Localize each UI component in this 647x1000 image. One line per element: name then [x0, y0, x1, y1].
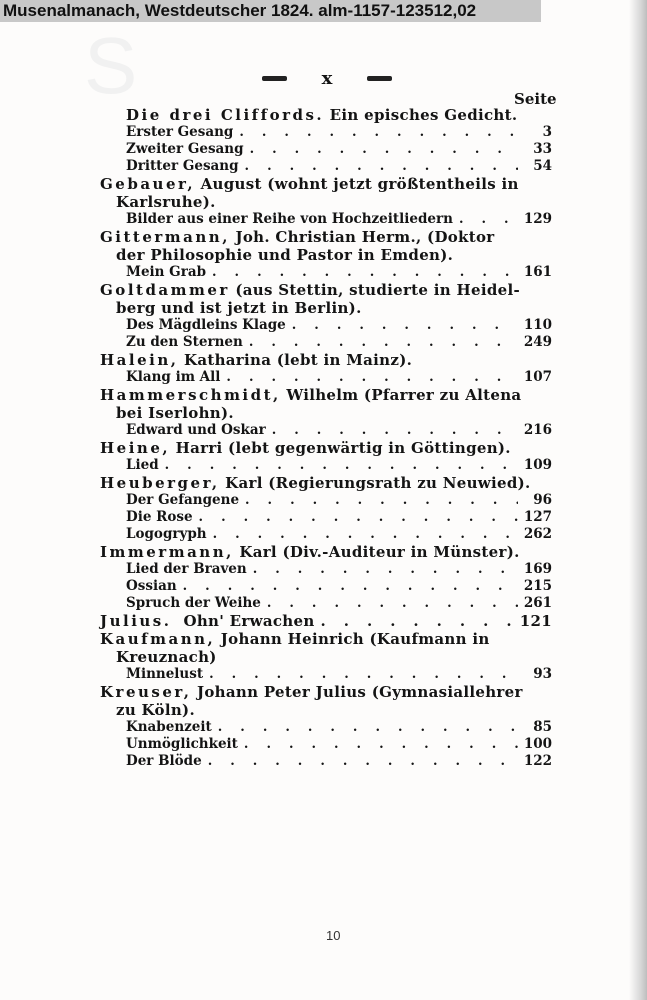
- entry-page: 93: [524, 666, 552, 682]
- dot-leader: ..........................: [183, 579, 518, 595]
- table-of-contents: Die drei Cliffords. Ein episches Gedicht…: [100, 106, 552, 770]
- dot-leader: ..........................: [226, 370, 517, 386]
- author-name: Die drei Cliffords.: [126, 106, 324, 124]
- page-number: 10: [326, 928, 340, 943]
- toc-entry[interactable]: Lied..........................109: [100, 457, 552, 474]
- dot-leader: ..........................: [213, 527, 518, 543]
- author-name: Gebauer,: [100, 175, 195, 193]
- toc-entry[interactable]: Zweiter Gesang..........................…: [100, 141, 552, 158]
- entry-title: Ossian: [126, 578, 177, 594]
- author-line: Immermann, Karl (Div.-Auditeur in Münste…: [100, 543, 552, 561]
- entry-page: 33: [524, 141, 552, 157]
- document-title-bar: Musenalmanach, Westdeutscher 1824. alm-1…: [0, 0, 541, 22]
- author-block: Julius. Ohn' Erwachen...................…: [100, 612, 552, 630]
- author-note: Joh. Christian Herm., (Doktor: [235, 228, 494, 246]
- entry-page: 215: [524, 578, 552, 594]
- entry-page: 85: [524, 719, 552, 735]
- author-note-continued: Kreuznach): [100, 648, 552, 666]
- author-block: Die drei Cliffords. Ein episches Gedicht…: [100, 106, 552, 175]
- dot-leader: ..........................: [208, 754, 518, 770]
- dot-leader: ..........................: [292, 318, 518, 334]
- toc-entry[interactable]: Lied der Braven.........................…: [100, 561, 552, 578]
- toc-entry[interactable]: Klang im All..........................10…: [100, 369, 552, 386]
- author-name: Kreuser,: [100, 683, 191, 701]
- bleed-through-letter: S: [84, 26, 137, 106]
- author-note: Karl (Regierungsrath zu Neuwied).: [225, 474, 530, 492]
- author-line: Gittermann, Joh. Christian Herm., (Dokto…: [100, 228, 552, 246]
- author-note: (aus Stettin, studierte in Heidel-: [235, 281, 520, 299]
- entry-title: Zu den Sternen: [126, 334, 243, 350]
- entry-page: 3: [524, 124, 552, 140]
- entry-title: Edward und Oskar: [126, 422, 266, 438]
- dot-leader: ..........................: [244, 737, 518, 753]
- author-note: August (wohnt jetzt größtentheils in: [201, 175, 519, 193]
- entry-title: Dritter Gesang: [126, 158, 239, 174]
- author-note: Wilhelm (Pfarrer zu Altena: [286, 386, 521, 404]
- entry-page: 54: [524, 158, 552, 174]
- toc-entry[interactable]: Knabenzeit..........................85: [100, 719, 552, 736]
- entry-title: Lied: [126, 457, 159, 473]
- dot-leader: ..........................: [267, 596, 518, 612]
- page-edge-shadow: [629, 0, 647, 1000]
- author-line: Goltdammer (aus Stettin, studierte in He…: [100, 281, 552, 299]
- entry-page: 109: [524, 457, 552, 473]
- author-line: Die drei Cliffords. Ein episches Gedicht…: [100, 106, 552, 124]
- author-block: Gittermann, Joh. Christian Herm., (Dokto…: [100, 228, 552, 281]
- author-line: Kaufmann, Johann Heinrich (Kaufmann in: [100, 630, 552, 648]
- author-block: Immermann, Karl (Div.-Auditeur in Münste…: [100, 543, 552, 612]
- ornament-dash-right: [367, 76, 392, 81]
- author-block: Kaufmann, Johann Heinrich (Kaufmann inKr…: [100, 630, 552, 683]
- author-note: Harri (lebt gegenwärtig in Göttingen).: [176, 439, 511, 457]
- author-line: Heine, Harri (lebt gegenwärtig in Göttin…: [100, 439, 552, 457]
- author-line: Halein, Katharina (lebt in Mainz).: [100, 351, 552, 369]
- author-block: Hammerschmidt, Wilhelm (Pfarrer zu Alten…: [100, 386, 552, 439]
- entry-title: Minnelust: [126, 666, 203, 682]
- author-line: Hammerschmidt, Wilhelm (Pfarrer zu Alten…: [100, 386, 552, 404]
- entry-page: 122: [524, 753, 552, 769]
- entry-title: Logogryph: [126, 526, 207, 542]
- entry-title: Klang im All: [126, 369, 220, 385]
- toc-entry[interactable]: Edward und Oskar........................…: [100, 422, 552, 439]
- dot-leader: ..........................: [253, 562, 518, 578]
- entry-page: 216: [524, 422, 552, 438]
- author-name: Goltdammer: [100, 281, 230, 299]
- toc-entry[interactable]: Der Blöde..........................122: [100, 753, 552, 770]
- entry-page: 110: [524, 317, 552, 333]
- dot-leader: ..........................: [199, 510, 518, 526]
- toc-entry[interactable]: Die Rose..........................127: [100, 509, 552, 526]
- toc-entry[interactable]: Mein Grab..........................161: [100, 264, 552, 281]
- toc-entry[interactable]: Ossian..........................215: [100, 578, 552, 595]
- author-name: Kaufmann,: [100, 630, 215, 648]
- dot-leader: ..........................: [245, 493, 518, 509]
- author-block: Gebauer, August (wohnt jetzt größtenthei…: [100, 175, 552, 228]
- entry-title: Der Blöde: [126, 753, 202, 769]
- author-line: Kreuser, Johann Peter Julius (Gymnasiall…: [100, 683, 552, 701]
- entry-page: 107: [524, 369, 552, 385]
- entry-page: 129: [524, 211, 552, 227]
- author-note: Johann Peter Julius (Gymnasiallehrer: [197, 683, 523, 701]
- entry-title: Ohn' Erwachen: [183, 612, 314, 630]
- dot-leader: ..........................: [209, 667, 518, 683]
- dot-leader: ..........................: [272, 423, 518, 439]
- entry-page: 262: [524, 526, 552, 542]
- toc-entry[interactable]: Dritter Gesang..........................…: [100, 158, 552, 175]
- toc-entry[interactable]: Bilder aus einer Reihe von Hochzeitliede…: [100, 211, 552, 228]
- dot-leader: ..........................: [165, 458, 518, 474]
- page-ornament: x: [262, 68, 392, 89]
- author-name: Julius.: [100, 612, 171, 630]
- toc-entry[interactable]: Des Mägdleins Klage.....................…: [100, 317, 552, 334]
- author-block: Heine, Harri (lebt gegenwärtig in Göttin…: [100, 439, 552, 474]
- dot-leader: ..........................: [250, 142, 518, 158]
- toc-entry[interactable]: Der Gefangene..........................9…: [100, 492, 552, 509]
- dot-leader: ..........................: [239, 125, 518, 141]
- author-name: Gittermann,: [100, 228, 230, 246]
- author-block: Kreuser, Johann Peter Julius (Gymnasiall…: [100, 683, 552, 770]
- author-note: Ein episches Gedicht.: [330, 106, 518, 124]
- entry-page: 100: [524, 736, 552, 752]
- toc-entry[interactable]: Logogryph..........................262: [100, 526, 552, 543]
- dot-leader: ..........................: [245, 159, 518, 175]
- entry-title: Lied der Braven: [126, 561, 247, 577]
- author-block: Heuberger, Karl (Regierungsrath zu Neuwi…: [100, 474, 552, 543]
- dot-leader: ..........................: [218, 720, 518, 736]
- dot-leader: ..........................: [212, 265, 518, 281]
- author-note-continued: bei Iserlohn).: [100, 404, 552, 422]
- dot-leader: ..........................: [459, 212, 518, 228]
- entry-title: Bilder aus einer Reihe von Hochzeitliede…: [126, 211, 453, 227]
- entry-page: 169: [524, 561, 552, 577]
- entry-page: 127: [524, 509, 552, 525]
- entry-page: 161: [524, 264, 552, 280]
- author-note: Karl (Div.-Auditeur in Münster).: [239, 543, 519, 561]
- entry-title: Der Gefangene: [126, 492, 239, 508]
- author-note-continued: der Philosophie und Pastor in Emden).: [100, 246, 552, 264]
- entry-title: Zweiter Gesang: [126, 141, 244, 157]
- author-block: Goltdammer (aus Stettin, studierte in He…: [100, 281, 552, 351]
- entry-page: 96: [524, 492, 552, 508]
- author-note: Johann Heinrich (Kaufmann in: [221, 630, 490, 648]
- dot-leader: ..........................: [321, 612, 514, 630]
- toc-entry[interactable]: Spruch der Weihe........................…: [100, 595, 552, 612]
- toc-entry[interactable]: Unmöglichkeit..........................1…: [100, 736, 552, 753]
- author-name: Heuberger,: [100, 474, 220, 492]
- toc-entry[interactable]: Zu den Sternen..........................…: [100, 334, 552, 351]
- author-name: Heine,: [100, 439, 170, 457]
- entry-title: Erster Gesang: [126, 124, 233, 140]
- entry-title: Spruch der Weihe: [126, 595, 261, 611]
- author-block: Halein, Katharina (lebt in Mainz).Klang …: [100, 351, 552, 386]
- document-title: Musenalmanach, Westdeutscher 1824. alm-1…: [3, 1, 476, 20]
- entry-title: Des Mägdleins Klage: [126, 317, 286, 333]
- toc-entry[interactable]: Minnelust..........................93: [100, 666, 552, 683]
- author-name: Hammerschmidt,: [100, 386, 281, 404]
- entry-title: Knabenzeit: [126, 719, 212, 735]
- entry-title: Unmöglichkeit: [126, 736, 238, 752]
- entry-title: Mein Grab: [126, 264, 206, 280]
- entry-page: 249: [524, 334, 552, 350]
- author-note: Katharina (lebt in Mainz).: [184, 351, 412, 369]
- toc-entry[interactable]: Erster Gesang..........................3: [100, 124, 552, 141]
- author-note-continued: Karlsruhe).: [100, 193, 552, 211]
- entry-page: 261: [524, 595, 552, 611]
- ornament-mark: x: [322, 68, 333, 89]
- author-line: Gebauer, August (wohnt jetzt größtenthei…: [100, 175, 552, 193]
- author-line: Julius. Ohn' Erwachen...................…: [100, 612, 552, 630]
- author-line: Heuberger, Karl (Regierungsrath zu Neuwi…: [100, 474, 552, 492]
- entry-title: Die Rose: [126, 509, 193, 525]
- author-name: Immermann,: [100, 543, 234, 561]
- dot-leader: ..........................: [249, 335, 518, 351]
- author-name: Halein,: [100, 351, 178, 369]
- author-note-continued: zu Köln).: [100, 701, 552, 719]
- entry-page: 121: [520, 612, 552, 630]
- author-note-continued: berg und ist jetzt in Berlin).: [100, 299, 552, 317]
- ornament-dash-left: [262, 76, 287, 81]
